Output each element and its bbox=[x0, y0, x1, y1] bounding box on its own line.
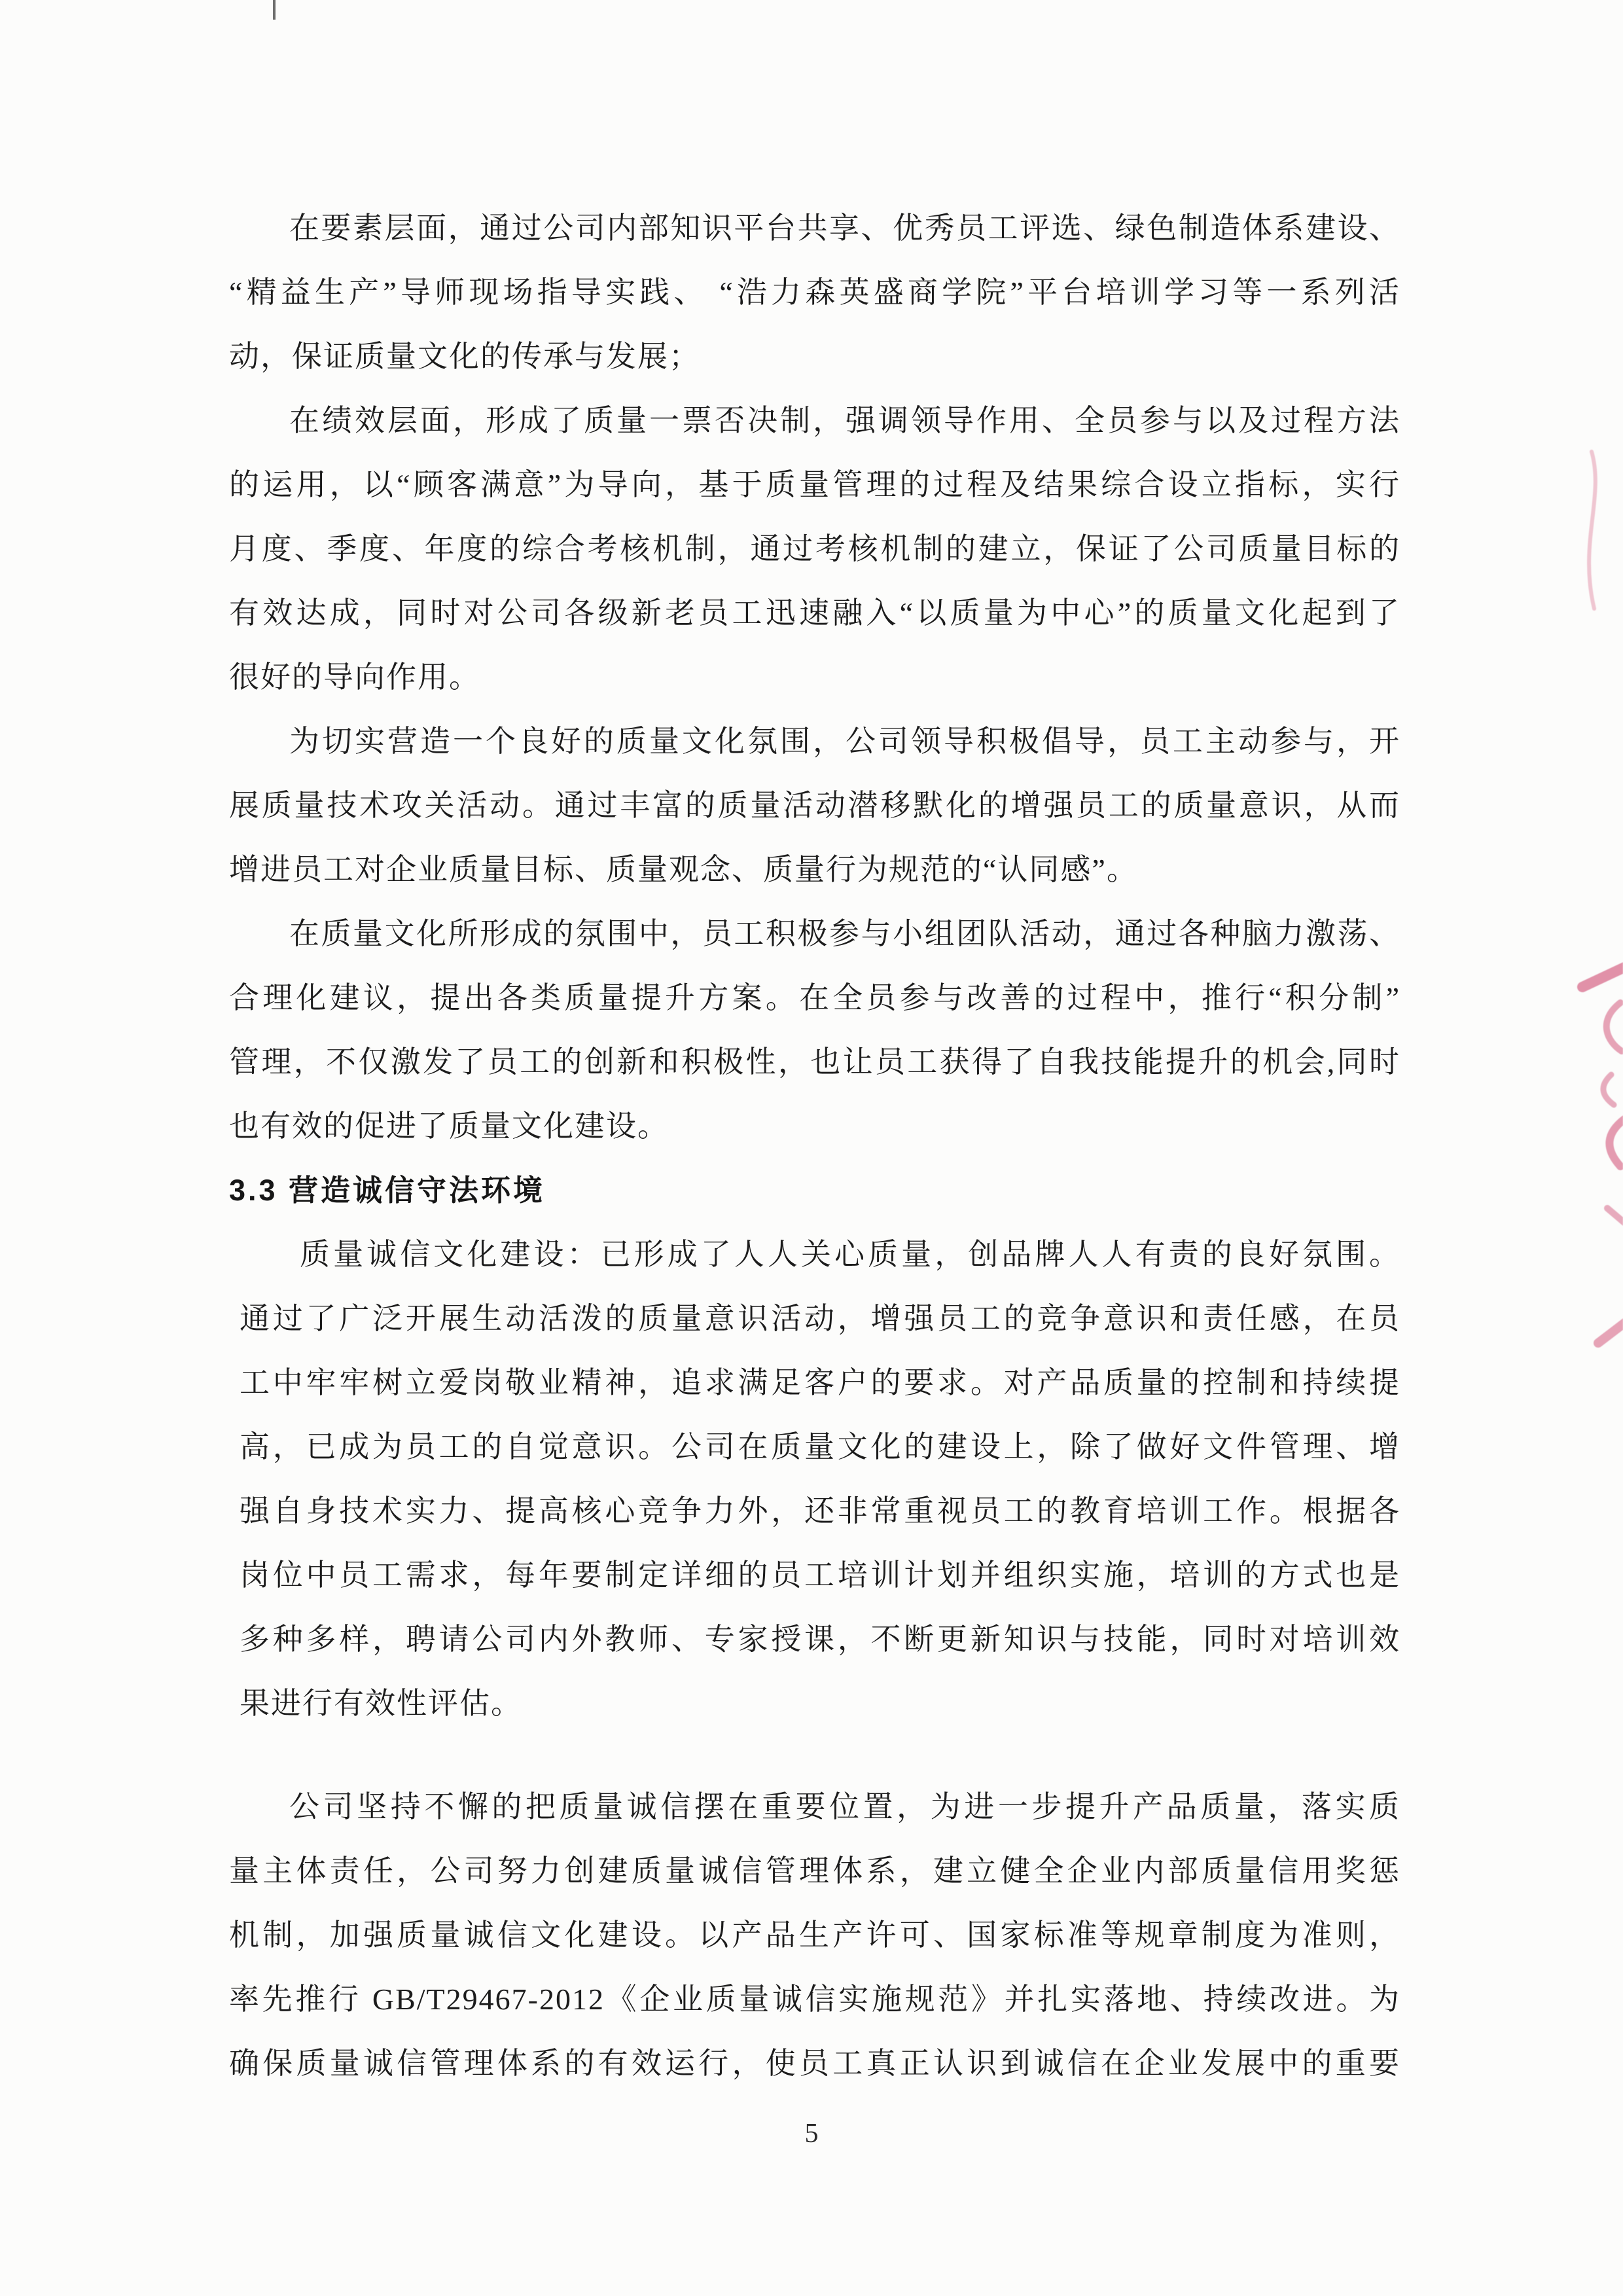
text-line: 在绩效层面，形成了质量一票否决制，强调领导作用、全员参与以及过程方法 bbox=[229, 389, 1400, 453]
paragraph-integrity-culture: 质量诚信文化建设：已形成了人人关心质量，创品牌人人有责的良好氛围。 通过了广泛开… bbox=[240, 1223, 1400, 1736]
text-line: 量主体责任，公司努力创建质量诚信管理体系，建立健全企业内部质量信用奖惩 bbox=[229, 1839, 1400, 1903]
document-body: 在要素层面，通过公司内部知识平台共享、优秀员工评选、绿色制造体系建设、 “精益生… bbox=[229, 196, 1400, 2096]
text-line: 在质量文化所形成的氛围中，员工积极参与小组团队活动，通过各种脑力激荡、 bbox=[229, 902, 1400, 966]
text-line: 在要素层面，通过公司内部知识平台共享、优秀员工评选、绿色制造体系建设、 bbox=[229, 196, 1400, 260]
text-line: 为切实营造一个良好的质量文化氛围，公司领导积极倡导，员工主动参与，开 bbox=[229, 709, 1400, 774]
text-line: 也有效的促进了质量文化建设。 bbox=[229, 1094, 1400, 1158]
text-line: 质量诚信文化建设：已形成了人人关心质量，创品牌人人有责的良好氛围。 bbox=[240, 1223, 1400, 1287]
text-line: 月度、季度、年度的综合考核机制，通过考核机制的建立，保证了公司质量目标的 bbox=[229, 517, 1400, 581]
stamp-stroke bbox=[1589, 452, 1596, 609]
text-line: 工中牢牢树立爱岗敬业精神，追求满足客户的要求。对产品质量的控制和持续提 bbox=[240, 1351, 1400, 1415]
stamp-stroke bbox=[1598, 1322, 1623, 1343]
text-line: 的运用，以“顾客满意”为导向，基于质量管理的过程及结果综合设立指标，实行 bbox=[229, 453, 1400, 517]
section-heading: 3.3 营造诚信守法环境 bbox=[229, 1158, 1400, 1223]
text-line: 高，已成为员工的自觉意识。公司在质量文化的建设上，除了做好文件管理、增 bbox=[240, 1415, 1400, 1479]
text-line: 机制，加强质量诚信文化建设。以产品生产许可、国家标准等规章制度为准则， bbox=[229, 1903, 1400, 1967]
text-line: “精益生产”导师现场指导实践、 “浩力森英盛商学院”平台培训学习等一系列活 bbox=[229, 260, 1400, 325]
text-line: 强自身技术实力、提高核心竞争力外，还非常重视员工的教育培训工作。根据各 bbox=[240, 1479, 1400, 1543]
text-line: 合理化建议，提出各类质量提升方案。在全员参与改善的过程中，推行“积分制” bbox=[229, 966, 1400, 1030]
text-line: 动，保证质量文化的传承与发展； bbox=[229, 325, 1400, 389]
paragraph-integrity-system: 公司坚持不懈的把质量诚信摆在重要位置，为进一步提升产品质量，落实质 量主体责任，… bbox=[229, 1775, 1400, 2096]
stamp-stroke bbox=[1607, 1208, 1623, 1223]
page-number: 5 bbox=[0, 2113, 1623, 2155]
stamp-stroke bbox=[1609, 1119, 1623, 1166]
stamp-stroke bbox=[1582, 967, 1623, 987]
paragraph-quality-atmosphere: 为切实营造一个良好的质量文化氛围，公司领导积极倡导，员工主动参与，开 展质量技术… bbox=[229, 709, 1400, 902]
text-line: 展质量技术攻关活动。通过丰富的质量活动潜移默化的增强员工的质量意识，从而 bbox=[229, 774, 1400, 838]
text-line: 果进行有效性评估。 bbox=[240, 1672, 1400, 1736]
text-line: 有效达成，同时对公司各级新老员工迅速融入“以质量为中心”的质量文化起到了 bbox=[229, 581, 1400, 645]
text-line: 岗位中员工需求，每年要制定详细的员工培训计划并组织实施，培训的方式也是 bbox=[240, 1543, 1400, 1607]
paragraph-team-activities: 在质量文化所形成的氛围中，员工积极参与小组团队活动，通过各种脑力激荡、 合理化建… bbox=[229, 902, 1400, 1158]
text-line: 通过了广泛开展生动活泼的质量意识活动，增强员工的竞争意识和责任感，在员 bbox=[240, 1287, 1400, 1351]
text-line: 很好的导向作用。 bbox=[229, 645, 1400, 709]
text-line: 率先推行 GB/T29467-2012《企业质量诚信实施规范》并扎实落地、持续改… bbox=[229, 1967, 1400, 2032]
text-line: 增进员工对企业质量目标、质量观念、质量行为规范的“认同感”。 bbox=[229, 838, 1400, 902]
stamp-stroke bbox=[1603, 1075, 1614, 1105]
text-line: 多种多样，聘请公司内外教师、专家授课，不断更新知识与技能，同时对培训效 bbox=[240, 1607, 1400, 1672]
paragraph-performance-level: 在绩效层面，形成了质量一票否决制，强调领导作用、全员参与以及过程方法 的运用，以… bbox=[229, 389, 1400, 709]
scan-artifact-tick bbox=[273, 0, 276, 20]
text-line: 确保质量诚信管理体系的有效运行，使员工真正认识到诚信在企业发展中的重要 bbox=[229, 2032, 1400, 2096]
paragraph-quality-culture-elements: 在要素层面，通过公司内部知识平台共享、优秀员工评选、绿色制造体系建设、 “精益生… bbox=[229, 196, 1400, 389]
stamp-stroke bbox=[1607, 1003, 1622, 1051]
text-line: 公司坚持不懈的把质量诚信摆在重要位置，为进一步提升产品质量，落实质 bbox=[229, 1775, 1400, 1839]
text-line: 管理，不仅激发了员工的创新和积极性，也让员工获得了自我技能提升的机会,同时 bbox=[229, 1030, 1400, 1094]
red-stamp-fragments bbox=[1544, 393, 1623, 1440]
scanned-document-page: 在要素层面，通过公司内部知识平台共享、优秀员工评选、绿色制造体系建设、 “精益生… bbox=[0, 0, 1623, 2296]
